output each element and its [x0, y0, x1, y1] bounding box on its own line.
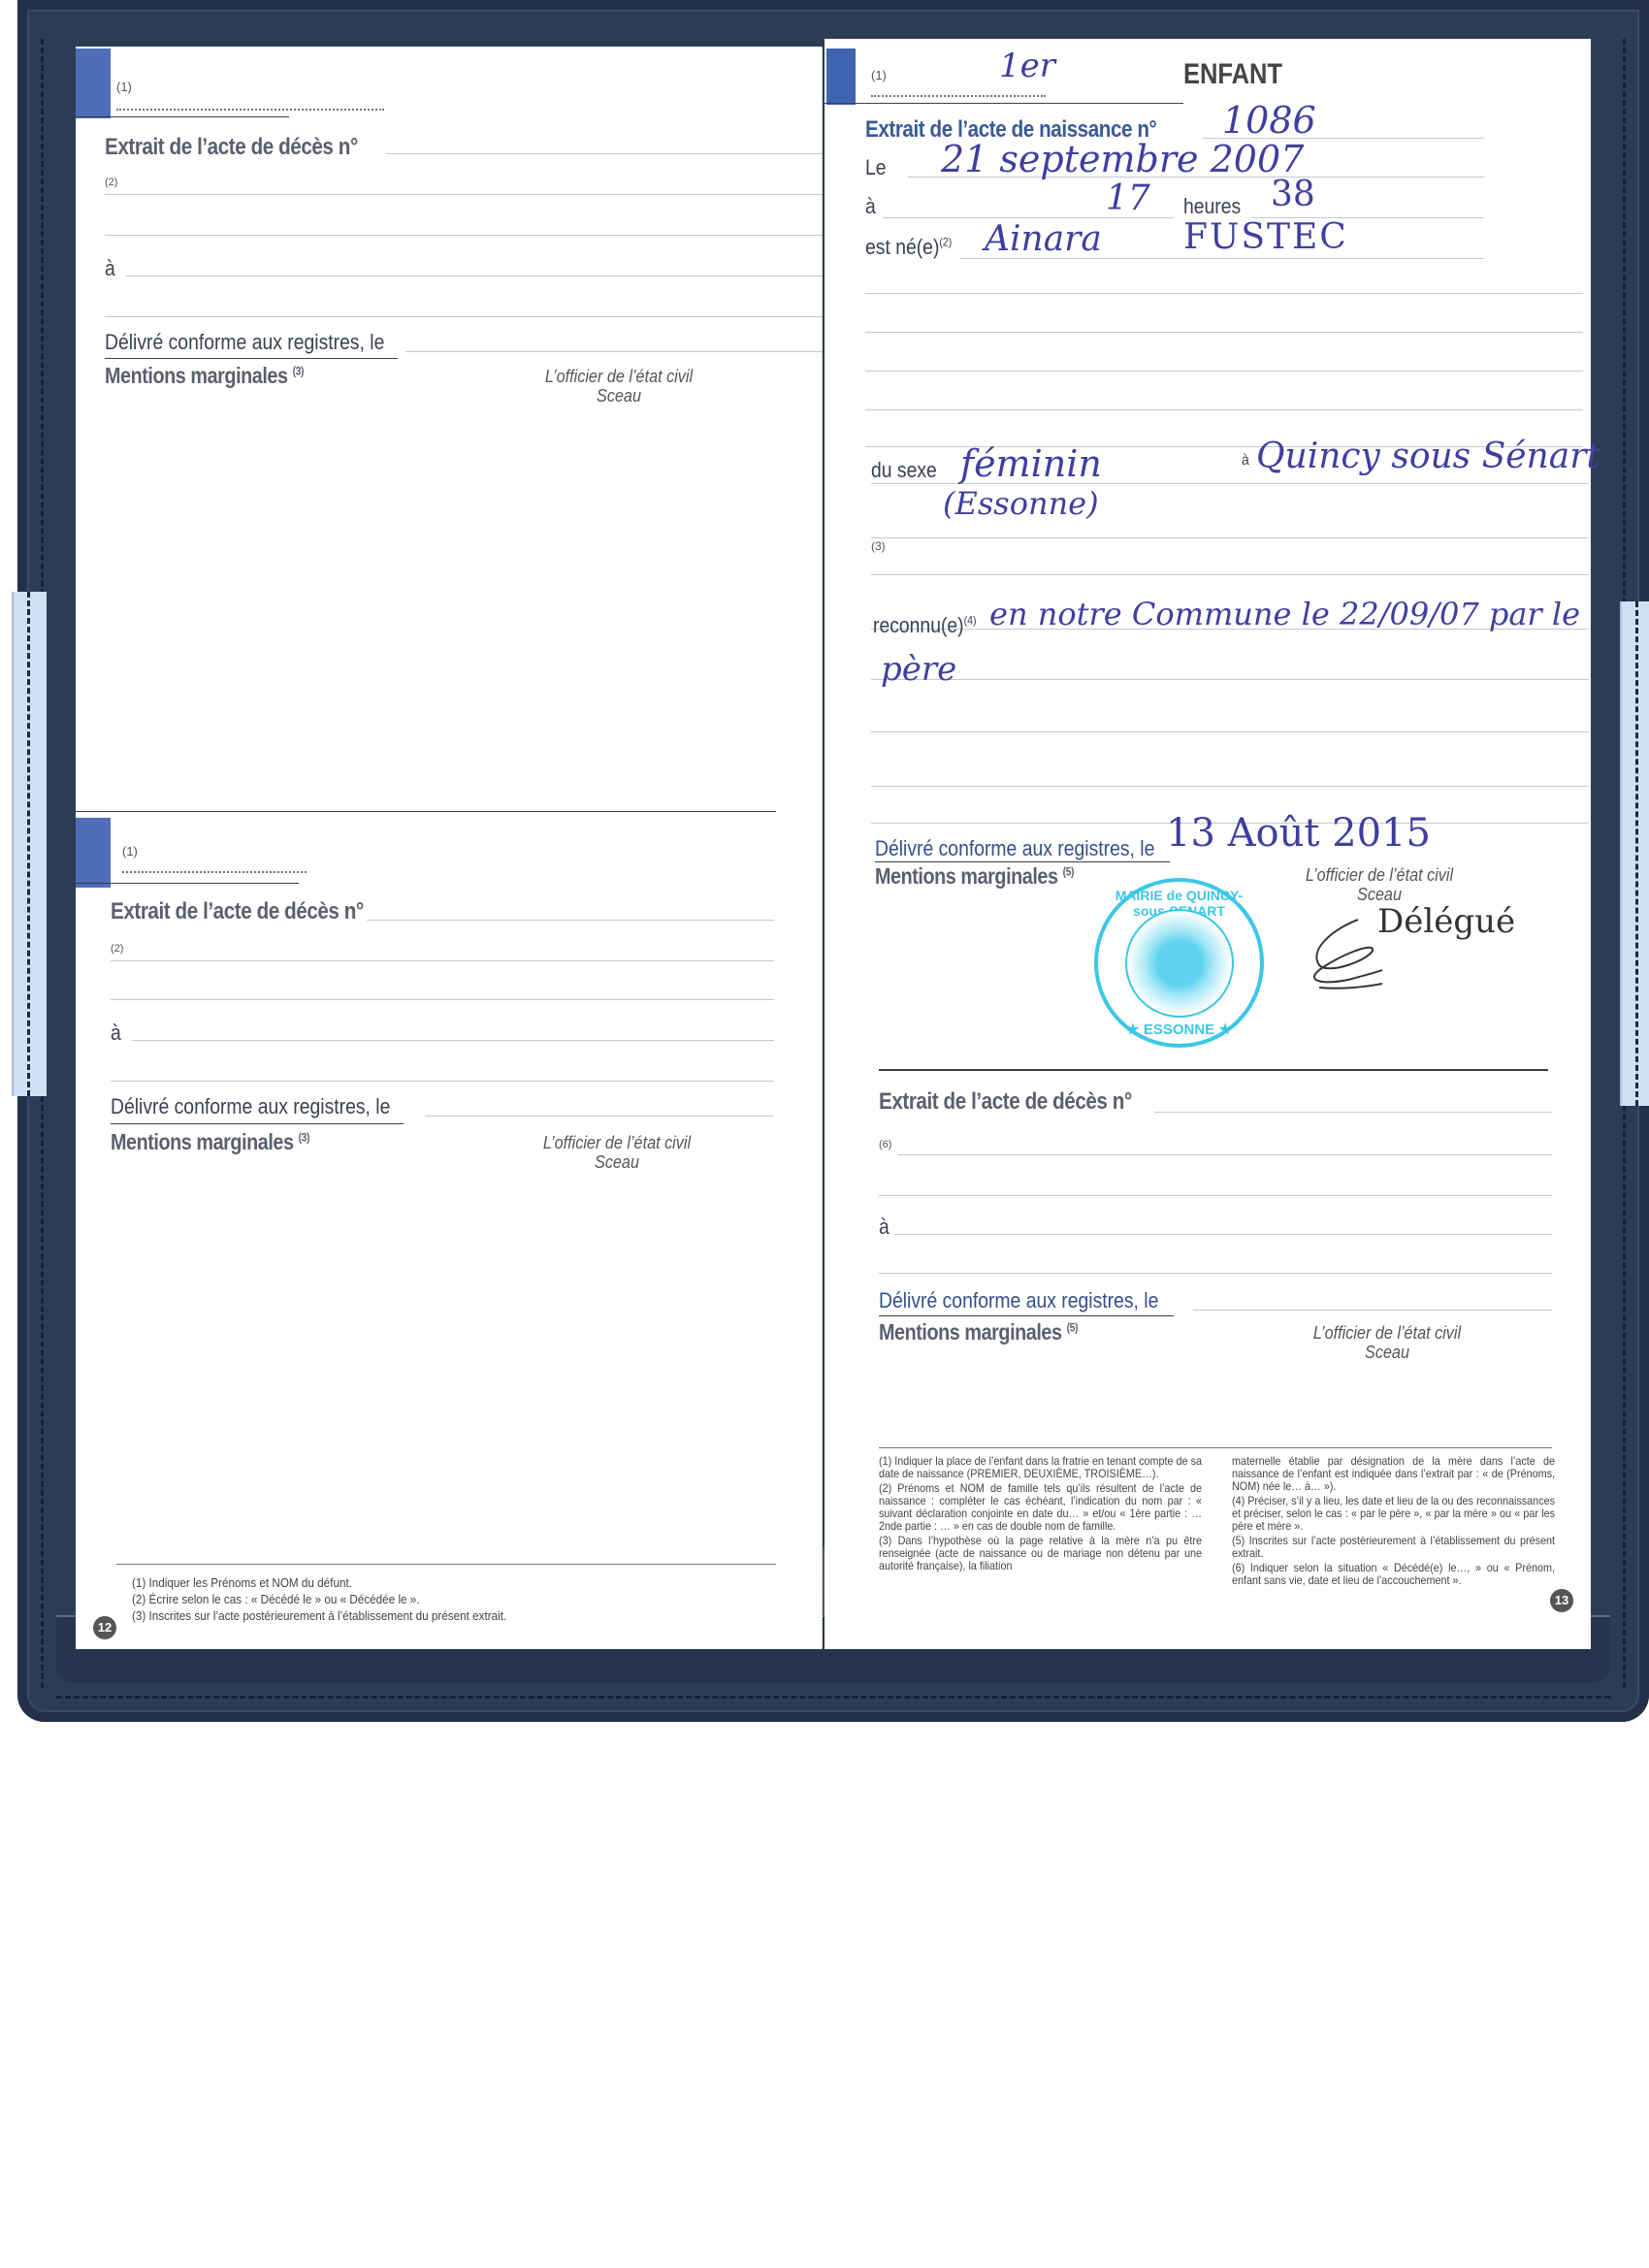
born-label: est né(e)(2): [865, 235, 952, 260]
officer-block: L’officier de l’état civil Sceau: [514, 367, 724, 405]
officer-signature-text: Délégué: [1377, 902, 1515, 941]
footnote: (3) Dans l’hypothèse où la page relative…: [879, 1535, 1202, 1572]
birth-hour-value[interactable]: 17: [1106, 178, 1150, 218]
blank-line[interactable]: [871, 537, 1589, 538]
footnote: (6) Indiquer selon la situation « Décédé…: [1232, 1562, 1555, 1587]
blank-line[interactable]: [871, 574, 1589, 575]
officer-label: L’officier de l’état civil: [512, 1133, 722, 1152]
divider: [105, 358, 398, 359]
seal-label: Sceau: [1282, 1343, 1492, 1362]
rank-line[interactable]: [116, 109, 384, 111]
footnotes: (1) Indiquer les Prénoms et NOM du défun…: [132, 1575, 795, 1625]
delivered-label: Délivré conforme aux registres, le: [111, 1094, 390, 1119]
place-line[interactable]: [132, 1040, 774, 1041]
place-label: à: [879, 1215, 889, 1240]
officer-label: L’officier de l’état civil: [514, 367, 724, 386]
delivered-label: Délivré conforme aux registres, le: [875, 836, 1154, 861]
delivered-date-line[interactable]: [1193, 1310, 1552, 1311]
act-number-line[interactable]: [386, 153, 823, 154]
enfant-label: ENFANT: [1183, 58, 1282, 91]
divider: [111, 1123, 404, 1124]
officer-block: L’officier de l’état civil Sceau: [1282, 1323, 1492, 1362]
tab-marker: [76, 818, 111, 888]
recognized-label: reconnu(e)(4): [873, 613, 977, 638]
seal-label: Sceau: [514, 386, 724, 405]
date-line[interactable]: [879, 1195, 1552, 1196]
name-line[interactable]: [105, 194, 823, 195]
divider: [76, 883, 299, 884]
child-first-name[interactable]: Ainara: [985, 219, 1102, 259]
sex-label: du sexe: [871, 458, 937, 483]
delivered-label: Délivré conforme aux registres, le: [879, 1288, 1158, 1313]
blank-line[interactable]: [871, 731, 1589, 732]
footnotes-col-1: (1) Indiquer la place de l’enfant dans l…: [879, 1455, 1202, 1574]
name-line[interactable]: [898, 1154, 1552, 1155]
delivered-date-line[interactable]: [425, 1116, 774, 1117]
death-extract-heading: Extrait de l’acte de décès n°: [111, 898, 364, 925]
page-number-badge: 12: [93, 1616, 116, 1639]
birth-date-value[interactable]: 21 septembre 2007: [941, 138, 1304, 180]
officer-block: L’officier de l’état civil Sceau: [1275, 865, 1484, 904]
section-divider: [879, 1069, 1548, 1071]
mentions-heading: Mentions marginales (3): [111, 1129, 309, 1155]
birth-minutes-value[interactable]: 38: [1271, 175, 1315, 214]
footnote: (1) Indiquer la place de l’enfant dans l…: [879, 1455, 1202, 1480]
note-ref: (1): [871, 68, 887, 82]
place-label: à: [111, 1021, 121, 1046]
birthplace-value[interactable]: Quincy sous Sénart: [1256, 437, 1600, 476]
name-line[interactable]: [111, 960, 774, 961]
blank-line[interactable]: [865, 332, 1583, 333]
footnote: (2) Prénoms et NOM de famille tels qu’il…: [879, 1482, 1202, 1533]
footnote: maternelle établie par désignation de la…: [1232, 1455, 1555, 1493]
cover-strap-right: [1620, 601, 1649, 1106]
death-extract-heading: Extrait de l’acte de décès n°: [105, 134, 358, 161]
footnote: (1) Indiquer les Prénoms et NOM du défun…: [132, 1575, 795, 1590]
extra-line[interactable]: [105, 316, 823, 317]
handwritten-rank: 1er: [999, 47, 1055, 85]
tab-marker: [826, 49, 856, 105]
footnote: (3) Inscrites sur l’acte postérieurement…: [132, 1608, 795, 1623]
place-line[interactable]: [894, 1234, 1552, 1235]
divider: [76, 116, 289, 117]
department-value[interactable]: (Essonne): [943, 485, 1099, 522]
cover-stitching: [56, 1696, 1610, 1699]
footnote: (4) Préciser, s’il y a lieu, les date et…: [1232, 1495, 1555, 1533]
note-ref: (1): [122, 844, 138, 859]
extra-line[interactable]: [111, 1081, 774, 1082]
divider: [824, 103, 1183, 104]
note-ref: (3): [871, 539, 886, 553]
footnote: (5) Inscrites sur l’acte postérieurement…: [1232, 1535, 1555, 1560]
recognized-value-line2[interactable]: père: [881, 650, 956, 689]
officer-label: L’officier de l’état civil: [1275, 865, 1484, 885]
delivered-date-line[interactable]: [405, 351, 823, 352]
section-divider: [76, 811, 776, 812]
death-extract-heading: Extrait de l’acte de décès n°: [879, 1088, 1132, 1116]
rank-line[interactable]: [122, 871, 307, 873]
divider: [879, 1315, 1174, 1316]
blank-line[interactable]: [865, 409, 1583, 410]
blank-line[interactable]: [865, 293, 1583, 294]
delivered-date-value[interactable]: 13 Août 2015: [1166, 811, 1431, 856]
seal-label: Sceau: [512, 1152, 722, 1172]
place-label: à: [105, 256, 115, 281]
mairie-stamp: MAIRIE de QUINCY-sous-SENART ★ ESSONNE ★: [1094, 878, 1264, 1048]
mentions-heading: Mentions marginales (5): [875, 863, 1074, 890]
act-number-value[interactable]: 1086: [1222, 99, 1316, 142]
note-ref: (6): [879, 1139, 891, 1150]
right-page: (1) 1er ENFANT Extrait de l’acte de nais…: [824, 39, 1591, 1649]
note-ref: (2): [111, 943, 123, 955]
blank-line[interactable]: [871, 786, 1589, 787]
act-number-line[interactable]: [1154, 1112, 1552, 1113]
officer-block: L’officier de l’état civil Sceau: [512, 1133, 722, 1172]
rank-line[interactable]: [871, 95, 1046, 97]
child-last-name[interactable]: FUSTEC: [1183, 217, 1348, 257]
divider: [875, 861, 1170, 862]
blank-line[interactable]: [871, 679, 1589, 680]
date-line[interactable]: [105, 235, 823, 236]
act-number-line[interactable]: [367, 920, 774, 921]
delivered-label: Délivré conforme aux registres, le: [105, 330, 384, 355]
hour-label: à: [865, 194, 876, 219]
officer-label: L’officier de l’état civil: [1282, 1323, 1492, 1343]
sex-value[interactable]: féminin: [960, 442, 1102, 485]
stamp-text-bottom: ★ ESSONNE ★: [1098, 1021, 1260, 1038]
note-ref: (2): [105, 177, 117, 188]
seal-label: Sceau: [1275, 885, 1484, 904]
cover-strap-left: [12, 592, 47, 1096]
footnote: (2) Écrire selon le cas : « Décédé le » …: [132, 1592, 795, 1606]
signature-icon: [1290, 912, 1397, 999]
extra-line[interactable]: [879, 1273, 1552, 1274]
place-prefix: à: [1242, 452, 1249, 470]
page-number-badge: 13: [1550, 1589, 1573, 1612]
note-ref: (1): [116, 80, 132, 94]
heures-label: heures: [1183, 194, 1241, 219]
date-label: Le: [865, 155, 887, 180]
footnote-divider: [116, 1564, 776, 1565]
stamp-emblem-icon: [1125, 909, 1234, 1018]
footnotes-col-2: maternelle établie par désignation de la…: [1232, 1455, 1555, 1589]
left-page: (1) Extrait de l’acte de décès n° (2) à …: [76, 47, 823, 1649]
mentions-heading: Mentions marginales (3): [105, 363, 304, 389]
mentions-heading: Mentions marginales (5): [879, 1319, 1078, 1345]
footnote-divider: [879, 1447, 1552, 1448]
date-line[interactable]: [111, 999, 774, 1000]
blank-line[interactable]: [865, 371, 1583, 372]
recognized-value-line1[interactable]: en notre Commune le 22/09/07 par le: [989, 596, 1580, 632]
tab-marker: [76, 49, 111, 118]
place-line[interactable]: [126, 275, 823, 276]
